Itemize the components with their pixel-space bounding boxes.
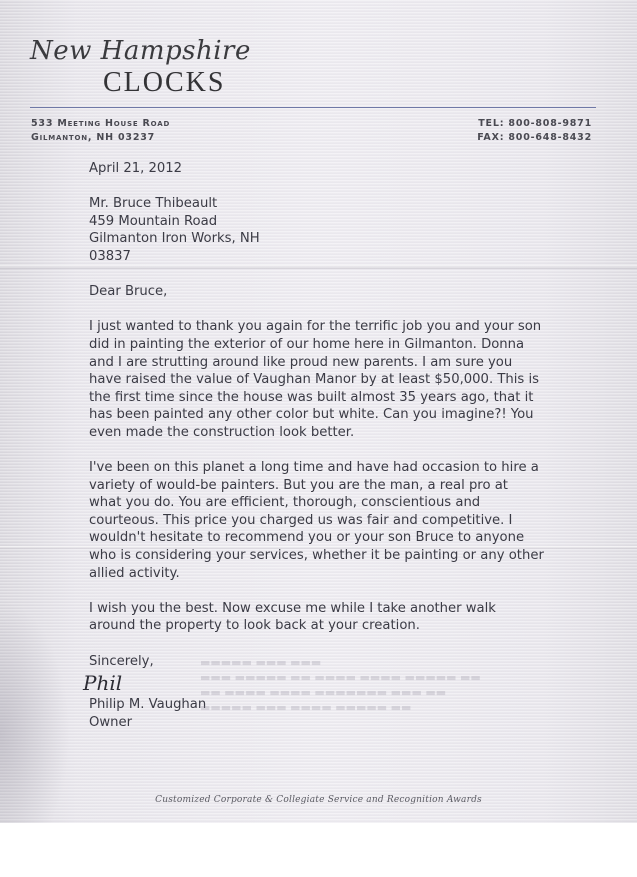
body-paragraph: I wish you the best. Now excuse me while… <box>89 600 589 635</box>
company-logo-name: CLOCKS <box>103 67 225 99</box>
letter-body: April 21, 2012 Mr. Bruce Thibeault 459 M… <box>89 160 589 731</box>
bleed-through-text: ▬▬▬▬▬ ▬▬▬ ▬▬▬ ▬▬▬ ▬▬▬▬▬ ▬▬ ▬▬▬▬ ▬▬▬▬ ▬▬▬… <box>200 655 600 715</box>
telephone-number: TEL: 800-808-9871 <box>477 117 592 131</box>
signer-title: Owner <box>89 714 589 732</box>
letterhead-divider <box>30 107 596 108</box>
salutation: Dear Bruce, <box>89 283 589 301</box>
footer-tagline: Customized Corporate & Collegiate Servic… <box>0 795 637 805</box>
recipient-address: Mr. Bruce Thibeault 459 Mountain Road Gi… <box>89 195 589 265</box>
company-contact: TEL: 800-808-9871 FAX: 800-648-8432 <box>477 117 592 145</box>
company-address: 533 Meeting House Road Gilmanton, NH 032… <box>31 117 170 145</box>
recipient-line: Gilmanton Iron Works, NH <box>89 230 589 248</box>
body-paragraph: I just wanted to thank you again for the… <box>89 318 589 441</box>
address-line: Gilmanton, NH 03237 <box>31 131 170 145</box>
fax-number: FAX: 800-648-8432 <box>477 131 592 145</box>
letter-page: New Hampshire CLOCKS 533 Meeting House R… <box>0 0 637 823</box>
scan-shadow <box>0 600 70 823</box>
recipient-line: Mr. Bruce Thibeault <box>89 195 589 213</box>
letter-date: April 21, 2012 <box>89 160 589 178</box>
body-paragraph: I've been on this planet a long time and… <box>89 459 589 582</box>
address-line: 533 Meeting House Road <box>31 117 170 131</box>
recipient-line: 459 Mountain Road <box>89 213 589 231</box>
company-logo-script: New Hampshire <box>30 36 251 66</box>
recipient-line: 03837 <box>89 248 589 266</box>
